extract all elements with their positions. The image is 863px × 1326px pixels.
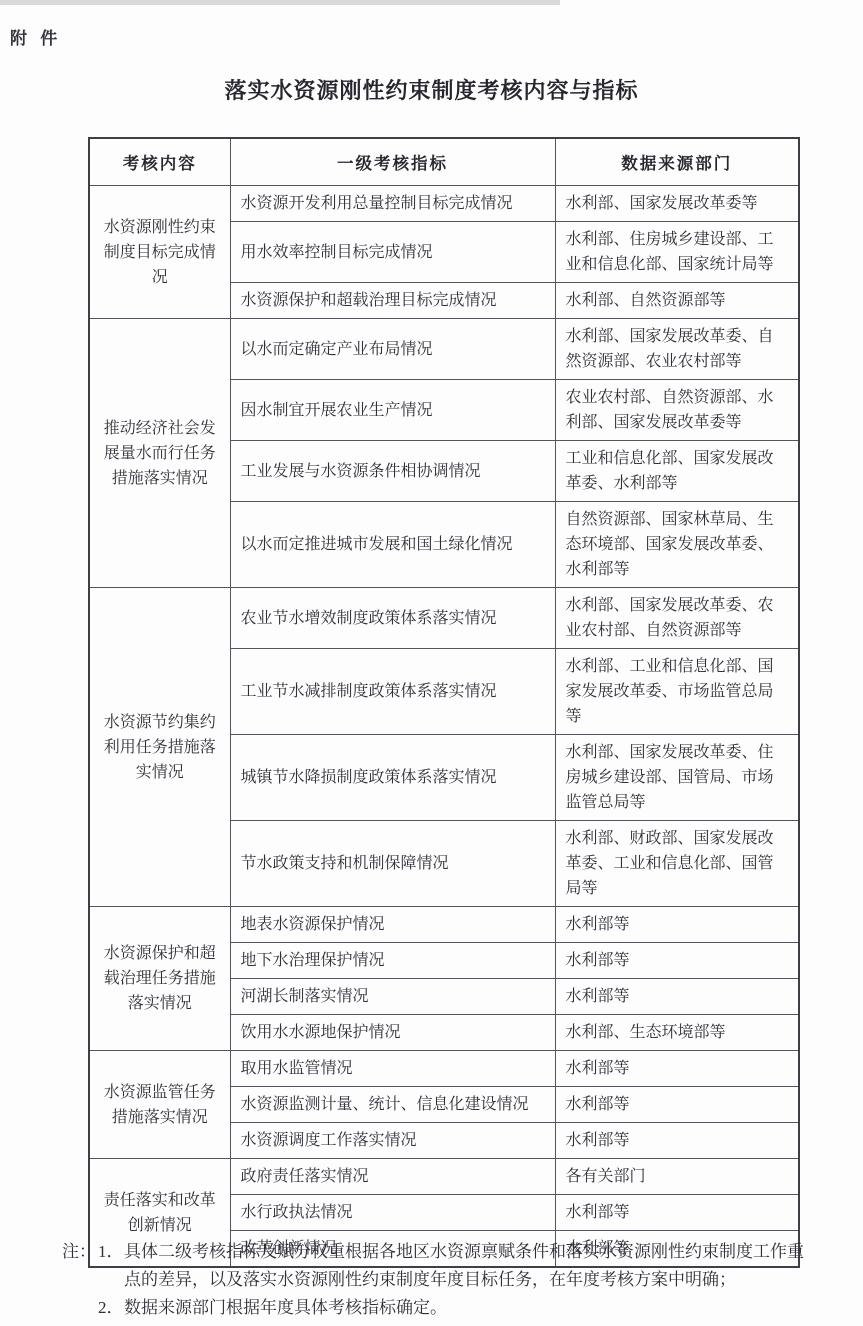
source-cell: 自然资源部、国家林草局、生态环境部、国家发展改革委、水利部等 — [555, 502, 799, 588]
indicator-cell: 工业节水减排制度政策体系落实情况 — [230, 649, 555, 735]
source-cell: 工业和信息化部、国家发展改革委、水利部等 — [555, 441, 799, 502]
table-row: 水资源刚性约束制度目标完成情况水资源开发利用总量控制目标完成情况水利部、国家发展… — [89, 186, 799, 222]
assessment-content-cell: 水资源节约集约利用任务措施落实情况 — [89, 588, 230, 907]
notes-items: 1． 具体二级考核指标及赋分权重根据各地区水资源禀赋条件和落实水资源刚性约束制度… — [98, 1238, 818, 1322]
indicator-cell: 地下水治理保护情况 — [230, 943, 555, 979]
source-cell: 水利部、国家发展改革委、自然资源部、农业农村部等 — [555, 319, 799, 380]
indicator-cell: 水资源开发利用总量控制目标完成情况 — [230, 186, 555, 222]
table-row: 水资源保护和超载治理任务措施落实情况地表水资源保护情况水利部等 — [89, 907, 799, 943]
indicator-cell: 水行政执法情况 — [230, 1195, 555, 1231]
table-row: 水资源节约集约利用任务措施落实情况农业节水增效制度政策体系落实情况水利部、国家发… — [89, 588, 799, 649]
notes-section: 注： 1． 具体二级考核指标及赋分权重根据各地区水资源禀赋条件和落实水资源刚性约… — [62, 1238, 818, 1322]
note-number: 2． — [98, 1294, 124, 1322]
indicator-cell: 工业发展与水资源条件相协调情况 — [230, 441, 555, 502]
indicator-cell: 地表水资源保护情况 — [230, 907, 555, 943]
indicator-cell: 河湖长制落实情况 — [230, 979, 555, 1015]
header-data-source: 数据来源部门 — [555, 138, 799, 186]
indicator-cell: 水资源监测计量、统计、信息化建设情况 — [230, 1087, 555, 1123]
source-cell: 水利部、生态环境部等 — [555, 1015, 799, 1051]
source-cell: 水利部等 — [555, 1087, 799, 1123]
note-item-1: 1． 具体二级考核指标及赋分权重根据各地区水资源禀赋条件和落实水资源刚性约束制度… — [98, 1238, 818, 1294]
source-cell: 水利部、自然资源部等 — [555, 283, 799, 319]
note-text: 具体二级考核指标及赋分权重根据各地区水资源禀赋条件和落实水资源刚性约束制度工作重… — [124, 1238, 818, 1294]
source-cell: 农业农村部、自然资源部、水利部、国家发展改革委等 — [555, 380, 799, 441]
table-row: 责任落实和改革创新情况政府责任落实情况各有关部门 — [89, 1159, 799, 1195]
table-row: 水资源监管任务措施落实情况取用水监管情况水利部等 — [89, 1051, 799, 1087]
source-cell: 各有关部门 — [555, 1159, 799, 1195]
indicator-cell: 水资源调度工作落实情况 — [230, 1123, 555, 1159]
source-cell: 水利部等 — [555, 907, 799, 943]
note-item-2: 2． 数据来源部门根据年度具体考核指标确定。 — [98, 1294, 818, 1322]
note-number: 1． — [98, 1238, 124, 1294]
indicator-cell: 饮用水水源地保护情况 — [230, 1015, 555, 1051]
source-cell: 水利部等 — [555, 943, 799, 979]
indicator-cell: 用水效率控制目标完成情况 — [230, 222, 555, 283]
table-header-row: 考核内容 一级考核指标 数据来源部门 — [89, 138, 799, 186]
source-cell: 水利部等 — [555, 979, 799, 1015]
assessment-content-cell: 推动经济社会发展量水而行任务措施落实情况 — [89, 319, 230, 588]
attachment-label: 附 件 — [10, 24, 57, 49]
source-cell: 水利部、国家发展改革委、农业农村部、自然资源部等 — [555, 588, 799, 649]
source-cell: 水利部等 — [555, 1051, 799, 1087]
source-cell: 水利部等 — [555, 1195, 799, 1231]
indicator-cell: 以水而定推进城市发展和国土绿化情况 — [230, 502, 555, 588]
header-assessment-content: 考核内容 — [89, 138, 230, 186]
indicator-cell: 因水制宜开展农业生产情况 — [230, 380, 555, 441]
source-cell: 水利部、工业和信息化部、国家发展改革委、市场监管总局等 — [555, 649, 799, 735]
assessment-table: 考核内容 一级考核指标 数据来源部门 水资源刚性约束制度目标完成情况水资源开发利… — [88, 137, 800, 1268]
table-row: 推动经济社会发展量水而行任务措施落实情况以水而定确定产业布局情况水利部、国家发展… — [89, 319, 799, 380]
header-primary-indicator: 一级考核指标 — [230, 138, 555, 186]
source-cell: 水利部、国家发展改革委等 — [555, 186, 799, 222]
note-text: 数据来源部门根据年度具体考核指标确定。 — [124, 1294, 818, 1322]
indicator-cell: 取用水监管情况 — [230, 1051, 555, 1087]
indicator-cell: 城镇节水降损制度政策体系落实情况 — [230, 735, 555, 821]
source-cell: 水利部等 — [555, 1123, 799, 1159]
indicator-cell: 农业节水增效制度政策体系落实情况 — [230, 588, 555, 649]
source-cell: 水利部、国家发展改革委、住房城乡建设部、国管局、市场监管总局等 — [555, 735, 799, 821]
indicator-cell: 政府责任落实情况 — [230, 1159, 555, 1195]
notes-label: 注： — [62, 1238, 98, 1322]
source-cell: 水利部、住房城乡建设部、工业和信息化部、国家统计局等 — [555, 222, 799, 283]
indicator-cell: 水资源保护和超载治理目标完成情况 — [230, 283, 555, 319]
scan-edge — [0, 0, 560, 5]
assessment-content-cell: 水资源监管任务措施落实情况 — [89, 1051, 230, 1159]
source-cell: 水利部、财政部、国家发展改革委、工业和信息化部、国管局等 — [555, 821, 799, 907]
indicator-cell: 以水而定确定产业布局情况 — [230, 319, 555, 380]
page-title: 落实水资源刚性约束制度考核内容与指标 — [0, 74, 863, 105]
assessment-content-cell: 水资源保护和超载治理任务措施落实情况 — [89, 907, 230, 1051]
indicator-cell: 节水政策支持和机制保障情况 — [230, 821, 555, 907]
assessment-table-body: 水资源刚性约束制度目标完成情况水资源开发利用总量控制目标完成情况水利部、国家发展… — [89, 186, 799, 1268]
assessment-content-cell: 水资源刚性约束制度目标完成情况 — [89, 186, 230, 319]
